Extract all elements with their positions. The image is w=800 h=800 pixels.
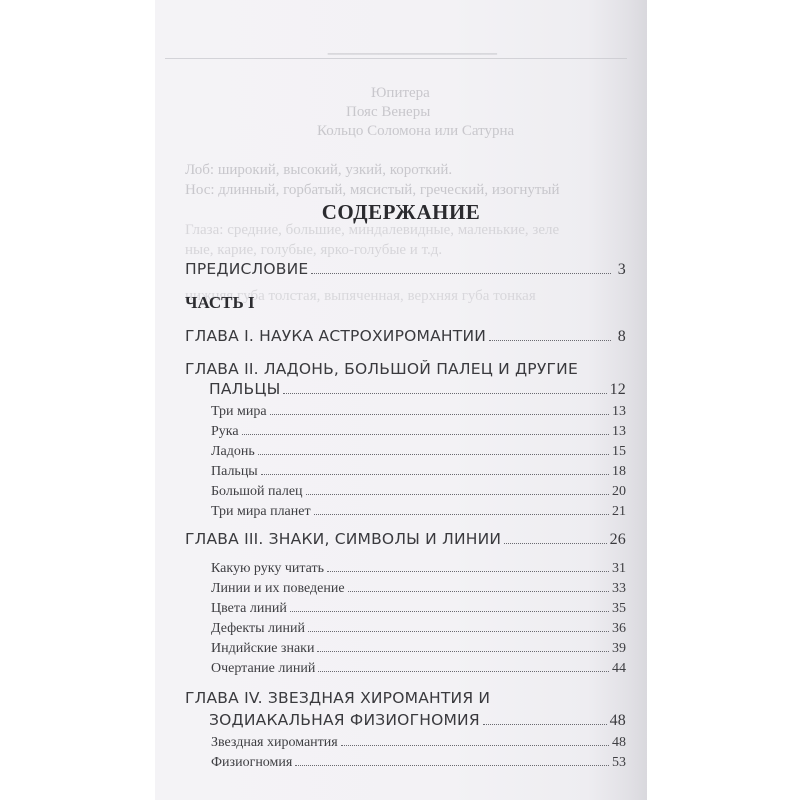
leader-dots [341, 745, 609, 746]
toc-entry-label: Цвета линий [211, 601, 287, 617]
toc-entry-section[interactable]: Большой палец 20 [211, 484, 626, 500]
leader-dots [504, 543, 606, 544]
toc-chapter-2-line1[interactable]: ГЛАВА II. ЛАДОНЬ, БОЛЬШОЙ ПАЛЕЦ И ДРУГИЕ [185, 360, 578, 378]
toc-entry-section[interactable]: Ладонь 15 [211, 444, 626, 460]
toc-entry-section[interactable]: Три мира 13 [211, 404, 626, 420]
toc-entry-label: Линии и их поведение [211, 581, 345, 597]
toc-page-number: 48 [612, 735, 626, 751]
toc-entry-label: Пальцы [211, 464, 258, 480]
toc-entry-label: Три мира [211, 404, 267, 420]
toc-page-number: 33 [612, 581, 626, 597]
toc-entry-chapter-1[interactable]: ГЛАВА I. НАУКА АСТРОХИРОМАНТИИ 8 [185, 327, 626, 346]
toc-entry-label: ЗОДИАКАЛЬНАЯ ФИЗИОГНОМИЯ [209, 711, 480, 729]
toc-entry-section[interactable]: Очертание линий 44 [211, 661, 626, 677]
toc-part-heading: ЧАСТЬ I [185, 293, 255, 313]
toc-entry-label: Какую руку читать [211, 561, 324, 577]
toc-entry-chapter-3[interactable]: ГЛАВА III. ЗНАКИ, СИМВОЛЫ И ЛИНИИ 26 [185, 530, 626, 549]
toc-entry-label: ПАЛЬЦЫ [209, 380, 280, 398]
toc-entry-label: ГЛАВА I. НАУКА АСТРОХИРОМАНТИИ [185, 327, 486, 345]
leader-dots [318, 671, 609, 672]
toc-entry-label: Индийские знаки [211, 641, 314, 657]
toc-entry-label: Большой палец [211, 484, 303, 500]
toc-page-number: 44 [612, 661, 626, 677]
toc-entry-section[interactable]: Какую руку читать 31 [211, 561, 626, 577]
leader-dots [317, 651, 609, 652]
leader-dots [242, 434, 609, 435]
toc-entry-label: Три мира планет [211, 504, 311, 520]
leader-dots [261, 474, 609, 475]
leader-dots [314, 514, 609, 515]
toc-entry-section[interactable]: Дефекты линий 36 [211, 621, 626, 637]
leader-dots [311, 273, 611, 274]
toc-entry-section[interactable]: Звездная хиромантия 48 [211, 735, 626, 751]
toc-chapter-4-line1[interactable]: ГЛАВА IV. ЗВЕЗДНАЯ ХИРОМАНТИЯ И [185, 689, 490, 707]
leader-dots [283, 393, 606, 394]
leader-dots [483, 724, 607, 725]
toc-page-number: 8 [614, 328, 626, 346]
toc-page-number: 26 [610, 531, 626, 549]
toc-entry-preface[interactable]: ПРЕДИСЛОВИЕ 3 [185, 260, 626, 279]
toc-page-number: 20 [612, 484, 626, 500]
leader-dots [348, 591, 609, 592]
toc-entry-section[interactable]: Индийские знаки 39 [211, 641, 626, 657]
toc-entry-chapter-4[interactable]: ЗОДИАКАЛЬНАЯ ФИЗИОГНОМИЯ 48 [209, 711, 626, 730]
toc-page-number: 3 [614, 261, 626, 279]
toc-entry-section[interactable]: Линии и их поведение 33 [211, 581, 626, 597]
toc-page-number: 13 [612, 404, 626, 420]
toc-entry-label: ГЛАВА III. ЗНАКИ, СИМВОЛЫ И ЛИНИИ [185, 530, 501, 548]
toc-entry-section[interactable]: Три мира планет 21 [211, 504, 626, 520]
leader-dots [489, 340, 611, 341]
toc-entry-label: Рука [211, 424, 239, 440]
toc-page-number: 13 [612, 424, 626, 440]
toc-entry-chapter-2[interactable]: ПАЛЬЦЫ 12 [209, 380, 626, 399]
leader-dots [295, 765, 609, 766]
toc-entry-label: Физиогномия [211, 755, 292, 771]
toc-page-number: 31 [612, 561, 626, 577]
toc-page-number: 48 [610, 712, 626, 730]
leader-dots [290, 611, 609, 612]
leader-dots [270, 414, 609, 415]
toc-page-number: 12 [610, 381, 626, 399]
page-title: СОДЕРЖАНИЕ [155, 200, 647, 225]
toc-page-number: 39 [612, 641, 626, 657]
leader-dots [327, 571, 609, 572]
toc-page-number: 15 [612, 444, 626, 460]
toc-entry-section[interactable]: Цвета линий 35 [211, 601, 626, 617]
toc-page-number: 53 [612, 755, 626, 771]
toc-page-number: 21 [612, 504, 626, 520]
table-of-contents: СОДЕРЖАНИЕ ПРЕДИСЛОВИЕ 3 ЧАСТЬ I ГЛАВА I… [155, 0, 647, 800]
toc-page-number: 35 [612, 601, 626, 617]
toc-entry-section[interactable]: Рука 13 [211, 424, 626, 440]
leader-dots [306, 494, 609, 495]
book-page: ▁▁▁▁▁▁▁▁▁▁▁▁▁▁▁▁▁▁▁▁ Юпитера Пояс Венеры… [155, 0, 647, 800]
toc-entry-label: Очертание линий [211, 661, 315, 677]
leader-dots [258, 454, 609, 455]
toc-entry-label: Ладонь [211, 444, 255, 460]
leader-dots [308, 631, 609, 632]
toc-page-number: 18 [612, 464, 626, 480]
toc-entry-section[interactable]: Пальцы 18 [211, 464, 626, 480]
toc-entry-section[interactable]: Физиогномия 53 [211, 755, 626, 771]
toc-entry-label: Звездная хиромантия [211, 735, 338, 751]
toc-page-number: 36 [612, 621, 626, 637]
toc-entry-label: Дефекты линий [211, 621, 305, 637]
toc-entry-label: ПРЕДИСЛОВИЕ [185, 260, 308, 278]
